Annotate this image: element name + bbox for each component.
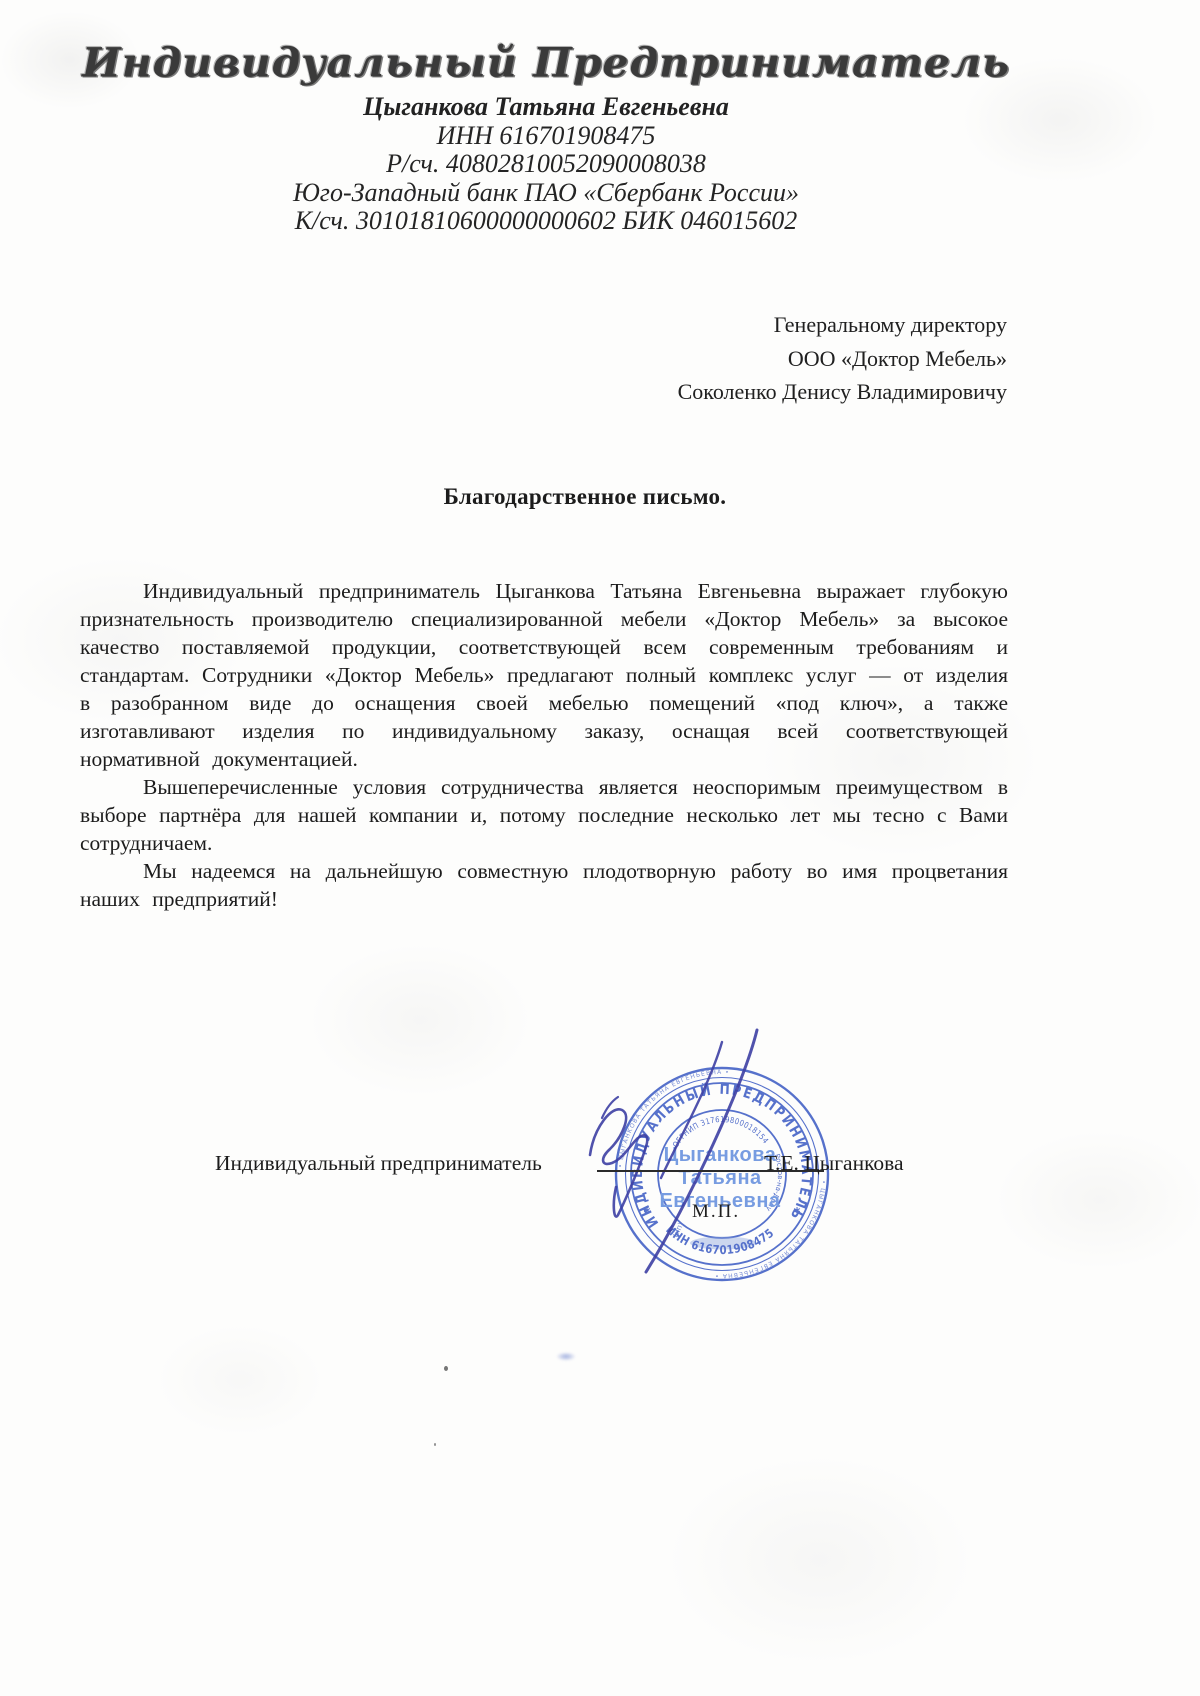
recipient-person: Соколенко Денису Владимировичу	[678, 375, 1007, 409]
signature-name: Т.Е. Цыганкова	[764, 1151, 904, 1176]
letterhead-account: Р/сч. 40802810052090008038	[0, 150, 1092, 179]
recipient-company: ООО «Доктор Мебель»	[678, 342, 1007, 376]
signature-role-label: Индивидуальный предприниматель	[215, 1151, 542, 1176]
paragraph-1: Индивидуальный предприниматель Цыганкова…	[80, 577, 1008, 773]
scanned-letter-page: Индивидуальный Предприниматель Цыганкова…	[0, 0, 1200, 1696]
letterhead-bank: Юго-Западный банк ПАО «Сбербанк России»	[0, 179, 1092, 208]
recipient-position: Генеральному директору	[678, 308, 1007, 342]
recipient-block: Генеральному директору ООО «Доктор Мебел…	[678, 308, 1007, 409]
seal-place-mark: М.П.	[692, 1201, 740, 1223]
signature-stroke-long	[646, 1030, 757, 1272]
letterhead-script-title: Индивидуальный Предприниматель	[0, 41, 1092, 86]
signature-stroke-short	[661, 1042, 722, 1178]
letterhead-inn: ИНН 616701908475	[0, 122, 1092, 151]
letterhead-owner-name: Цыганкова Татьяна Евгеньевна	[0, 93, 1092, 122]
letterhead-corr-account: К/сч. 30101810600000000602 БИК 046015602	[0, 207, 1092, 236]
ink-smudge	[556, 1352, 576, 1361]
letter-title: Благодарственное письмо.	[80, 484, 1090, 510]
signature-scrawl	[590, 1109, 647, 1216]
paragraph-2: Вышеперечисленные условия сотрудничества…	[80, 773, 1008, 857]
letterhead: Индивидуальный Предприниматель Цыганкова…	[0, 40, 1092, 236]
paragraph-3: Мы надеемся на дальнейшую совместную пло…	[80, 857, 1008, 913]
scan-speck	[444, 1366, 448, 1371]
letter-body: Индивидуальный предприниматель Цыганкова…	[80, 577, 1008, 913]
